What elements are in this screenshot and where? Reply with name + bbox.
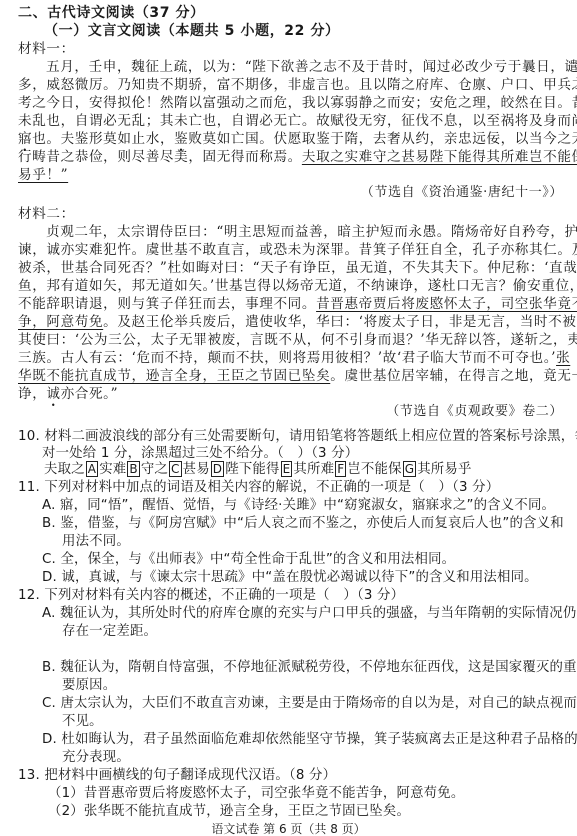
material2-line: 诤，诚亦合死。”: [18, 385, 118, 403]
answer-box-e[interactable]: E: [281, 461, 293, 477]
q12-option-a-cont: 存在一定差距。: [62, 623, 157, 641]
material2-line: 其使曰：‘公为三公，太子无罪被废，言既不从，何不引身而退？’华无辞以答，遂斩之，…: [18, 331, 577, 349]
q12-option-a: A. 魏征认为，其所处时代的府库仓廪的充实与户口甲兵的强盛，与当年隋朝的实际情况…: [42, 605, 576, 623]
material1-line: 行畴昔之恭俭，则尽善尽美，固无得而称焉。夫取之实难守之甚易陛下能得其所难岂不能保…: [18, 148, 577, 166]
q12-option-c-cont: 不见。: [62, 713, 103, 731]
material2-line: 华既不能抗直成节，逊言全身，王臣之节固已坠矣。虞世基位居宰辅，在得言之地，竟无一…: [18, 367, 577, 385]
q12-option-d: D. 杜如晦认为，君子虽然面临危难却依然能坚守节操，箕子装疯离去正是这种君子品格…: [42, 731, 577, 749]
dotted-word: 全: [444, 242, 458, 258]
material1-line: 寤也。夫鉴形莫如止水，鉴败莫如亡国。伏愿取鉴于隋，去奢从约，亲忠远佞，以当今之无…: [18, 130, 577, 148]
underlined-sentence: 易乎！”: [18, 167, 68, 183]
q10-answer-line: 夫取之A实难B守之C甚易D陛下能得E其所难F岂不能保G其所易乎: [44, 461, 472, 479]
underlined-sentence: 争，阿意苟免: [18, 314, 103, 330]
underlined-sentence: 华既不能抗直成节，逊言全身，王臣之节固已坠矣: [18, 368, 330, 384]
section-title: 二、古代诗文阅读（37 分）: [18, 4, 205, 22]
material1-line: 多，威怒微厉。乃知贵不期骄，富不期侈，非虚言也。且以隋之府库、仓廪、户口、甲兵之…: [18, 76, 577, 94]
q12-option-c: C. 唐太宗认为，大臣们不敢直言劝谏，主要是由于隋炀帝的自以为是，对自己的缺点视…: [42, 695, 577, 713]
material2-line: 争，阿意苟免。及赵王伦举兵废后，遣使收华，华曰：‘将废太子日，非是无言，当时不被…: [18, 313, 577, 331]
material2-line: 贞观二年，太宗谓侍臣曰：“明主思短而益善，暗主护短而永愚。隋炀帝好自矜夸，护短拒: [46, 223, 577, 241]
q13-item-2: （2）张华既不能抗直成节，逊言全身，王臣之节固已坠矣。: [48, 803, 410, 821]
dotted-word: 诚: [46, 386, 60, 402]
q11-option-d: D. 诚，真诚，与《谏太宗十思疏》中“盖在殷忧必竭诚以待下”的含义和用法相同。: [42, 569, 538, 587]
answer-box-a[interactable]: A: [86, 461, 98, 477]
material1-line: 未乱也，自谓必无乱；其未亡也，自谓必无亡。故赋役无穷，征伐不息，以至祸将及身而尚…: [18, 112, 577, 130]
underlined-sentence: 张: [556, 350, 570, 366]
material2-line: 谏，诚亦实难犯忤。虞世基不敢直言，或恐未为深罪。昔箕子佯狂自全，孔子亦称其仁。及…: [18, 241, 577, 259]
answer-box-b[interactable]: B: [127, 461, 139, 477]
q13-stem: 13. 把材料中画横线的句子翻译成现代汉语。（8 分）: [18, 767, 336, 785]
page-footer: 语文试卷 第 6 页（共 8 页）: [0, 820, 577, 836]
q13-item-1: （1）昔晋惠帝贾后将废愍怀太子，司空张华竟不能苦争，阿意苟免。: [48, 785, 464, 803]
q10-stem: 10. 材料二画波浪线的部分有三处需要断句，请用铅笔将答题纸上相应位置的答案标号…: [18, 428, 577, 446]
answer-box-d[interactable]: D: [211, 461, 224, 477]
answer-box-f[interactable]: F: [335, 461, 346, 477]
material1-source: （节选自《资治通鉴·唐纪十一》）: [361, 184, 563, 202]
exam-page: 二、古代诗文阅读（37 分） （一）文言文阅读（本题共 5 小题，22 分） 材…: [0, 0, 577, 836]
material2-label: 材料二：: [18, 205, 75, 223]
material1-label: 材料一：: [18, 40, 75, 58]
underlined-sentence: 夫取之实难守之甚易陛下能得其所难岂不能保其所: [302, 149, 577, 165]
answer-box-c[interactable]: C: [169, 461, 182, 477]
material2-line: 三族。古人有云：‘危而不持，颠而不扶，则将焉用彼相？’故‘君子临大节而不可夺也。…: [18, 349, 570, 367]
q12-option-d-cont: 充分表现。: [62, 749, 130, 767]
q11-stem: 11. 下列对材料中加点的词语及相关内容的解说，不正确的一项是（ ）（3 分）: [18, 479, 499, 497]
material2-line: 被杀，世基合同死否？”杜如晦对曰：“天子有诤臣，虽无道，不失其天下。仲尼称：‘直…: [18, 259, 577, 277]
material2-line: 不能辞职请退，则与箕子佯狂而去，事理不同。昔晋惠帝贾后将废愍怀太子，司空张华竟不…: [18, 295, 577, 313]
q12-option-b: B. 魏征认为，隋朝自恃富强，不停地征派赋税劳役，不停地东征西伐，这是国家覆灭的…: [42, 659, 577, 677]
material1-line: 考之今日，安得拟伦！然隋以富强动之而危，我以寡弱静之而安；安危之理，皎然在目。昔…: [18, 94, 577, 112]
material2-line: 鱼，邦有道如矢，邦无道如矢。’世基岂得以炀帝无道，不纳谏诤，遂杜口无言？偷安重位…: [18, 277, 577, 295]
q12-stem: 12. 下列对材料有关内容的概述，不正确的一项是（ ）（3 分）: [18, 587, 404, 605]
material2-source: （节选自《贞观政要》卷二）: [386, 403, 563, 421]
material1-line: 易乎！”: [18, 166, 68, 184]
q11-option-b-cont: 用法不同。: [62, 533, 130, 551]
q12-option-b-cont: 要原因。: [62, 677, 116, 695]
dotted-word: 鉴: [174, 131, 188, 147]
q11-option-c: C. 全，保全，与《出师表》中“苟全性命于乱世”的含义和用法相同。: [42, 551, 455, 569]
dotted-word: 寤: [18, 131, 32, 147]
material1-line: 五月，壬申，魏征上疏，以为：“陛下欲善之志不及于昔时，闻过必改少亏于曩日，谴罚积: [46, 58, 577, 76]
answer-box-g[interactable]: G: [403, 461, 417, 477]
section-subtitle: （一）文言文阅读（本题共 5 小题，22 分）: [44, 22, 340, 40]
q11-option-b: B. 鉴，借鉴，与《阿房宫赋》中“后人哀之而不鉴之，亦使后人而复哀后人也”的含义…: [42, 515, 564, 533]
q11-option-a: A. 寤，同“悟”，醒悟、觉悟，与《诗经·关雎》中“窈窕淑女，寤寐求之”的含义不…: [42, 497, 555, 515]
underlined-sentence: 昔晋惠帝贾后将废愍怀太子，司空张华竟不能苦: [316, 296, 577, 312]
